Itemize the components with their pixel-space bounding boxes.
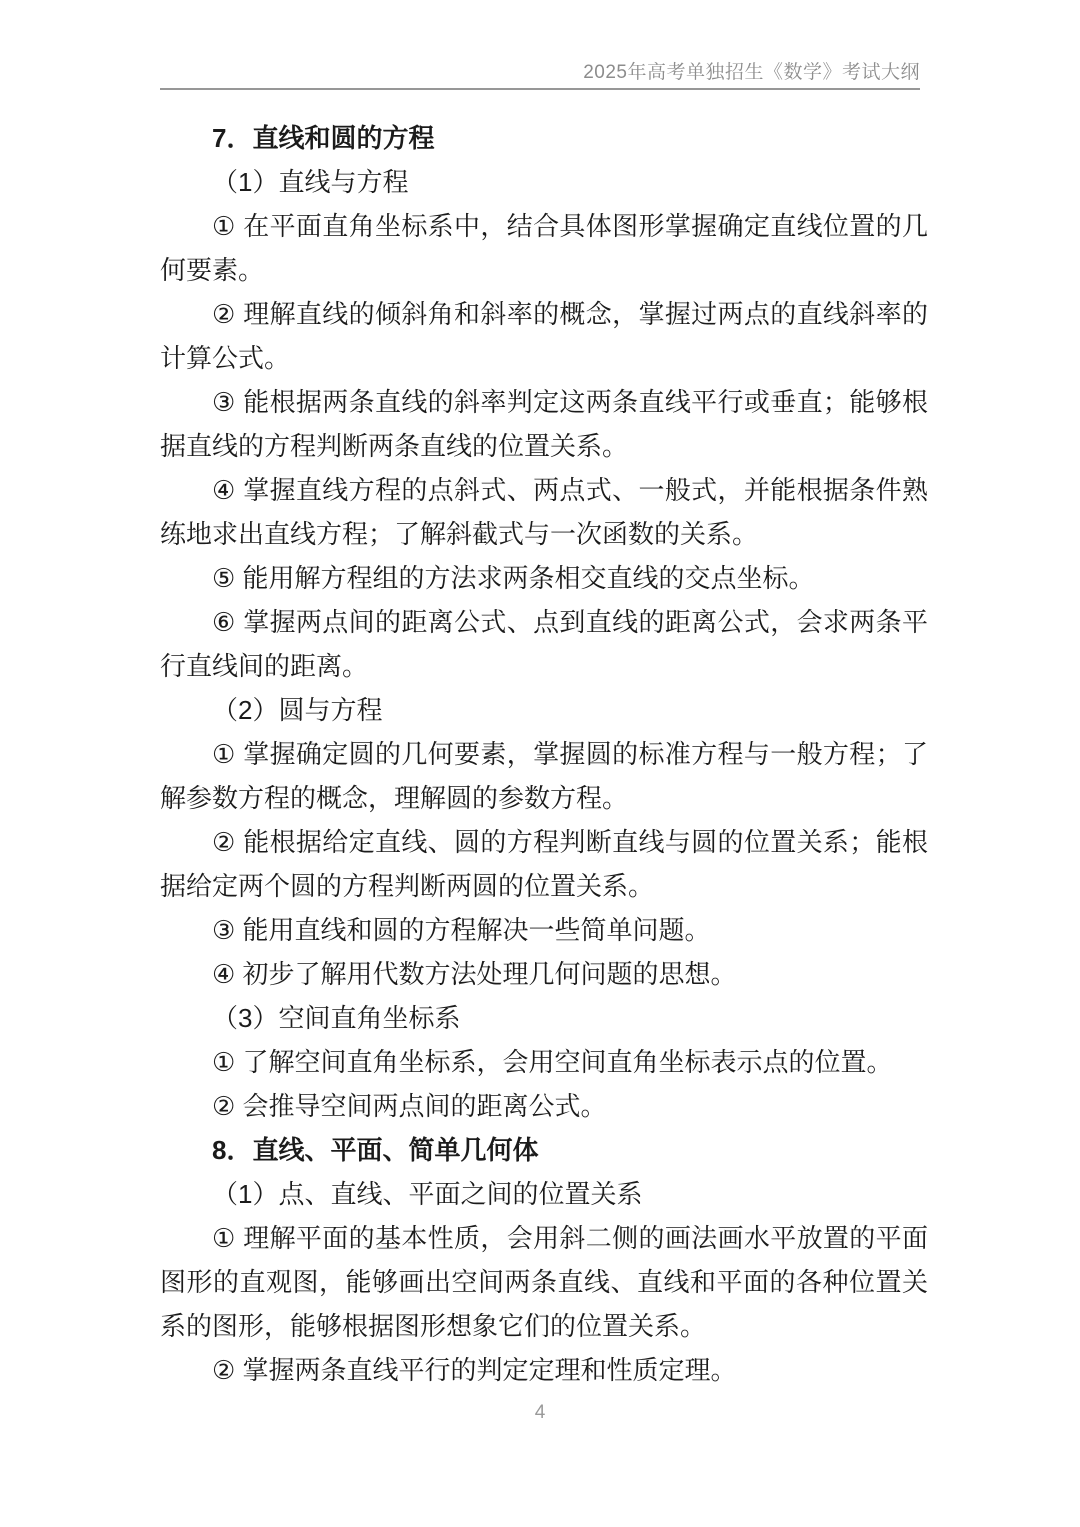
section-heading: 7．直线和圆的方程	[160, 116, 928, 160]
syllabus-item: ① 了解空间直角坐标系，会用空间直角坐标表示点的位置。	[160, 1040, 928, 1084]
syllabus-item: ⑤ 能用解方程组的方法求两条相交直线的交点坐标。	[160, 556, 928, 600]
syllabus-item: ④ 掌握直线方程的点斜式、两点式、一般式，并能根据条件熟练地求出直线方程；了解斜…	[160, 468, 928, 556]
subsection-heading: （2）圆与方程	[160, 688, 928, 732]
page-header: 2025年高考单独招生《数学》考试大纲	[160, 0, 920, 88]
syllabus-item: ② 能根据给定直线、圆的方程判断直线与圆的位置关系；能根据给定两个圆的方程判断两…	[160, 820, 928, 908]
syllabus-item: ③ 能根据两条直线的斜率判定这两条直线平行或垂直；能够根据直线的方程判断两条直线…	[160, 380, 928, 468]
syllabus-item: ⑥ 掌握两点间的距离公式、点到直线的距离公式，会求两条平行直线间的距离。	[160, 600, 928, 688]
syllabus-item: ③ 能用直线和圆的方程解决一些简单问题。	[160, 908, 928, 952]
syllabus-item: ① 掌握确定圆的几何要素，掌握圆的标准方程与一般方程；了解参数方程的概念，理解圆…	[160, 732, 928, 820]
page-number: 4	[535, 1402, 546, 1423]
syllabus-item: ① 在平面直角坐标系中，结合具体图形掌握确定直线位置的几何要素。	[160, 204, 928, 292]
document-body: 7．直线和圆的方程 （1）直线与方程 ① 在平面直角坐标系中，结合具体图形掌握确…	[160, 116, 928, 1392]
syllabus-item: ② 会推导空间两点间的距离公式。	[160, 1084, 928, 1128]
header-title: 2025年高考单独招生《数学》考试大纲	[583, 62, 920, 83]
header-rule	[160, 88, 920, 90]
subsection-heading: （1）直线与方程	[160, 160, 928, 204]
syllabus-item: ① 理解平面的基本性质，会用斜二侧的画法画水平放置的平面图形的直观图，能够画出空…	[160, 1216, 928, 1348]
subsection-heading: （3）空间直角坐标系	[160, 996, 928, 1040]
page-footer: 4	[0, 1400, 1080, 1426]
syllabus-item: ④ 初步了解用代数方法处理几何问题的思想。	[160, 952, 928, 996]
document-page: 2025年高考单独招生《数学》考试大纲 7．直线和圆的方程 （1）直线与方程 ①…	[0, 0, 1080, 1527]
syllabus-item: ② 理解直线的倾斜角和斜率的概念，掌握过两点的直线斜率的计算公式。	[160, 292, 928, 380]
section-heading: 8．直线、平面、简单几何体	[160, 1128, 928, 1172]
syllabus-item: ② 掌握两条直线平行的判定定理和性质定理。	[160, 1348, 928, 1392]
subsection-heading: （1）点、直线、平面之间的位置关系	[160, 1172, 928, 1216]
